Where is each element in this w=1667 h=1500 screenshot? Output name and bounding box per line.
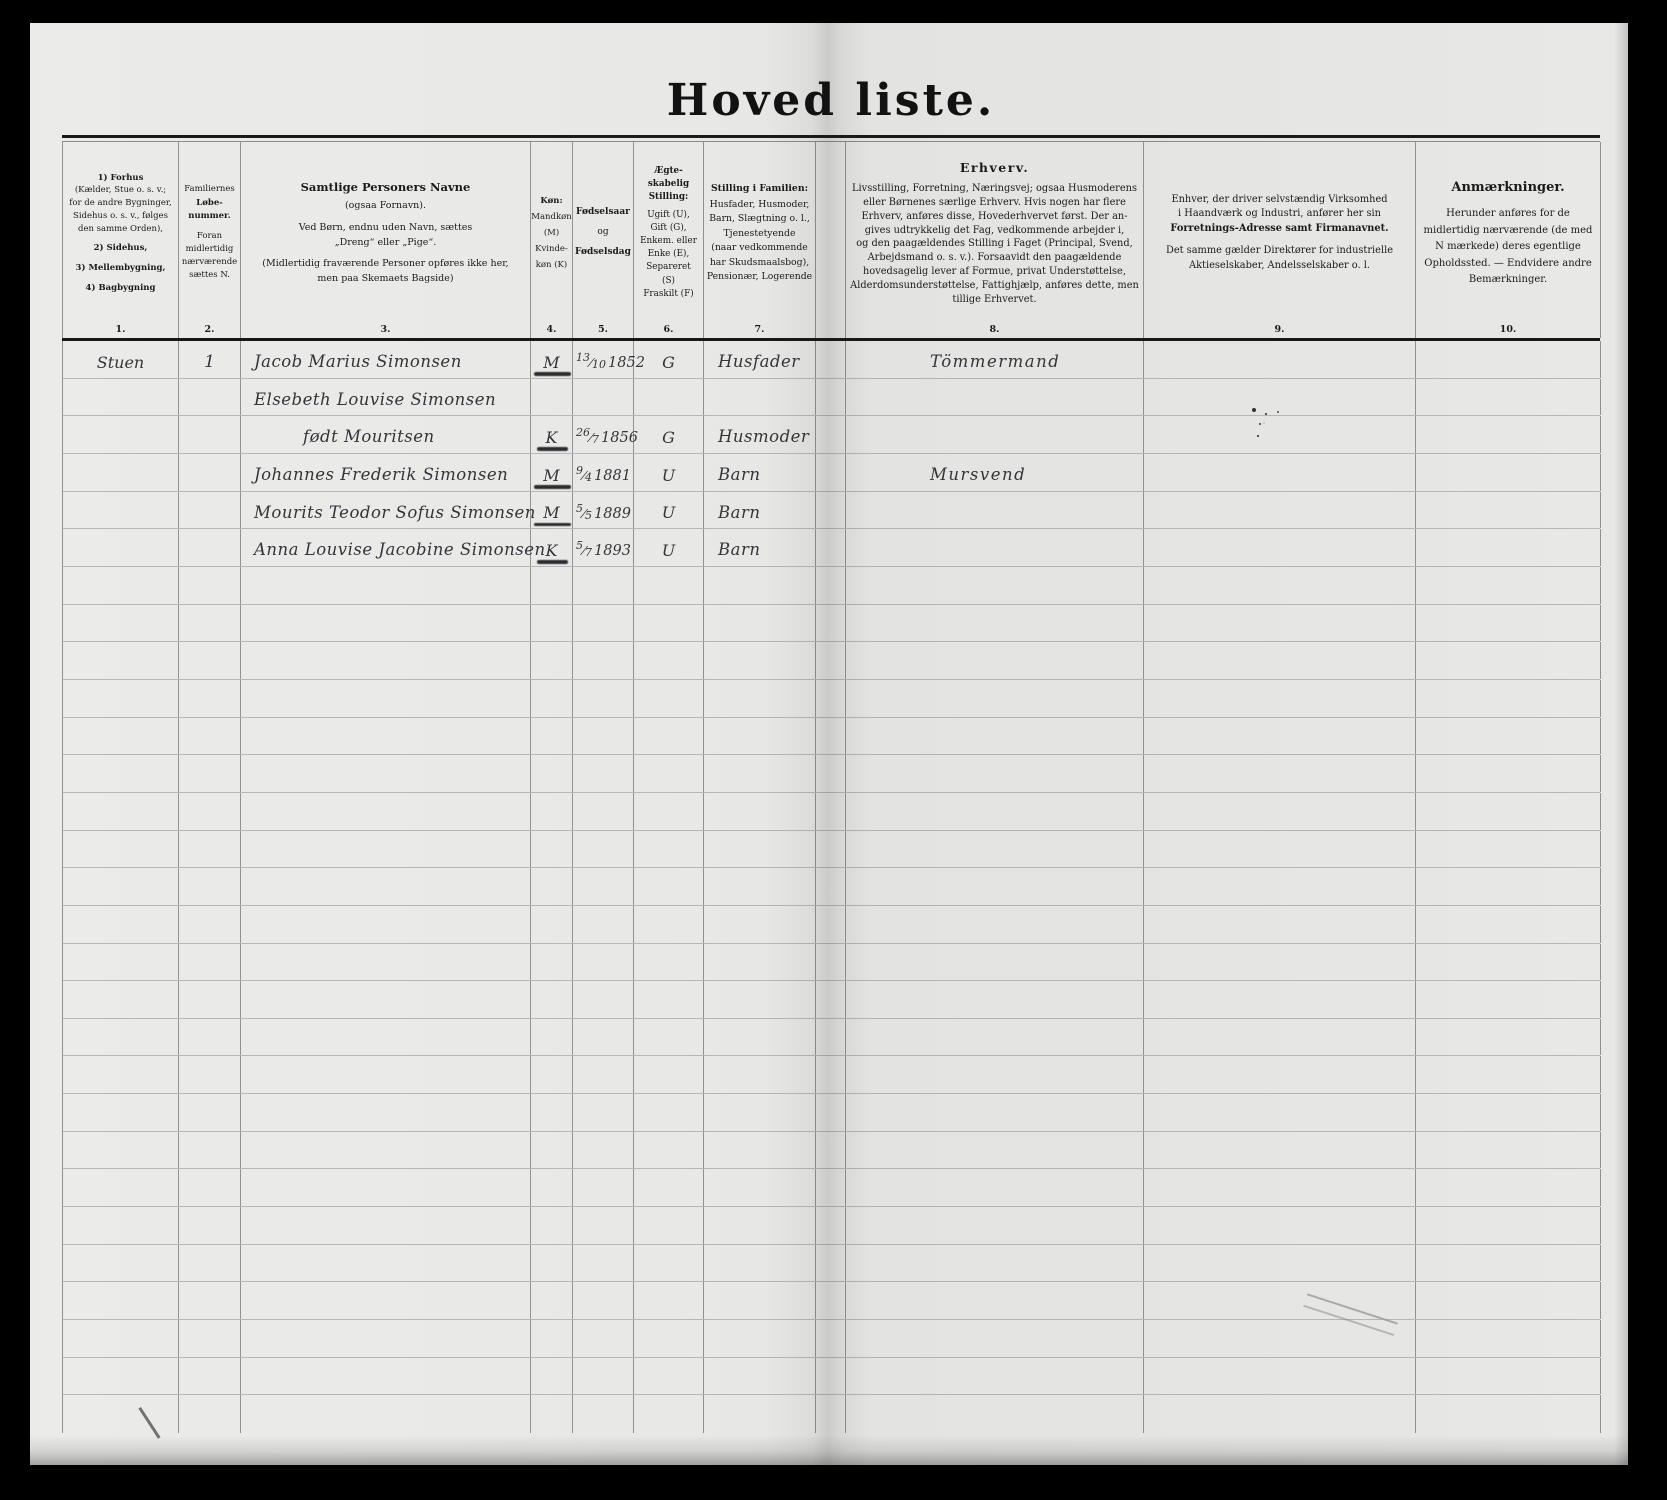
cell-occupation: Mursvend [846,454,1144,491]
handwritten-sex: M [543,468,559,491]
column-number: 7. [704,324,815,335]
cell-occupation [846,1019,1144,1056]
cell-birth [573,379,634,416]
page-fold [816,906,846,943]
cell-sex: K [531,416,573,453]
header-line: 1) Forhus [98,172,144,185]
cell-name [241,793,531,830]
column-number: 8. [846,324,1143,335]
cell-sex [531,944,573,981]
table-row: Johannes Frederik SimonsenM9⁄41881UBarnM… [63,454,1600,492]
cell-family_position [704,1395,816,1433]
cell-business [1144,416,1416,453]
column-number: 9. [1144,324,1415,335]
header-line: sættes N. [189,269,230,282]
cell-occupation: Tömmermand [846,341,1144,378]
header-line: Enke (E), [648,248,690,261]
table-row [63,1320,1600,1358]
cell-occupation [846,379,1144,416]
birth-day: 13 [576,351,590,364]
cell-family_position [704,1056,816,1093]
cell-occupation [846,492,1144,529]
header-line: Anmærkninger. [1451,177,1564,198]
header-line: Husfader, Husmoder, [710,198,810,212]
cell-sex [531,642,573,679]
cell-birth [573,680,634,717]
cell-family_position [704,1320,816,1357]
page-title: Hoved liste. [62,75,1600,126]
cell-location [63,1358,179,1395]
handwritten-sex: K [546,543,558,566]
header-line: Stilling i Familien: [711,182,808,196]
cell-business [1144,1169,1416,1206]
cell-business [1144,1395,1416,1433]
cell-marital [634,1358,704,1395]
page-fold [816,379,846,416]
cell-sex: M [531,341,573,378]
cell-birth: 5⁄51889 [573,492,634,529]
table-row [63,793,1600,831]
cell-name [241,1169,531,1206]
cell-remarks [1416,454,1601,491]
cell-name [241,718,531,755]
header-line: Herunder anføres for de [1446,206,1570,223]
cell-business [1144,529,1416,566]
cell-birth [573,567,634,604]
cell-location [63,642,179,679]
cell-marital [634,1245,704,1282]
cell-birth: 26⁄71856 [573,416,634,453]
cell-marital [634,831,704,868]
header-line: Enkem. eller [640,235,697,248]
cell-name: Elsebeth Louvise Simonsen [241,379,531,416]
cell-sex: K [531,529,573,566]
cell-marital [634,1169,704,1206]
cell-business [1144,1056,1416,1093]
cell-location [63,454,179,491]
cell-location [63,1132,179,1169]
cell-sex: M [531,492,573,529]
cell-marital [634,605,704,642]
page-fold [816,492,846,529]
cell-family_position: Husmoder [704,416,816,453]
cell-birth [573,755,634,792]
header-line: Mandkøn [531,209,571,225]
cell-family_no [179,1019,241,1056]
cell-name [241,1245,531,1282]
cell-remarks [1416,642,1601,679]
cell-remarks [1416,680,1601,717]
handwritten-sex: K [546,430,558,453]
handwritten-marital: U [662,468,675,491]
cell-sex [531,567,573,604]
handwritten-location: Stuen [97,355,144,378]
birth-day: 5 [576,539,583,552]
cell-family_no [179,906,241,943]
table-row [63,831,1600,869]
cell-name [241,1320,531,1357]
header-line: 2) Sidehus, [94,242,148,255]
cell-remarks [1416,605,1601,642]
cell-occupation [846,1320,1144,1357]
cell-occupation [846,567,1144,604]
cell-family_no [179,605,241,642]
page-fold [816,1395,846,1433]
page-fold [816,793,846,830]
table-row: Mourits Teodor Sofus SimonsenM5⁄51889UBa… [63,492,1600,530]
column-number: 1. [63,324,178,335]
cell-birth [573,1056,634,1093]
cell-remarks [1416,1132,1601,1169]
cell-remarks [1416,906,1601,943]
cell-marital [634,680,704,717]
cell-birth [573,1245,634,1282]
cell-remarks [1416,529,1601,566]
cell-marital [634,755,704,792]
birth-month: 7 [592,433,599,446]
cell-business [1144,1132,1416,1169]
column-header-occupation: Erhverv.Livsstilling, Forretning, Næring… [846,142,1144,338]
page-fold [816,1245,846,1282]
header-line: men paa Skemaets Bagside) [317,272,453,287]
cell-business [1144,981,1416,1018]
header-line: Foran [197,230,222,243]
column-number: 4. [531,324,572,335]
cell-family_position [704,642,816,679]
birth-month: 7 [585,546,592,559]
cell-marital [634,906,704,943]
page-fold [816,567,846,604]
header-line: (M) [544,225,559,241]
cell-occupation [846,1282,1144,1319]
birth-day: 5 [576,502,583,515]
header-line: Enhver, der driver selvstændig Virksomhe… [1171,193,1387,208]
table-row [63,906,1600,944]
cell-birth [573,1207,634,1244]
header-line: Alderdomsunderstøttelse, Fattighjælp, an… [850,279,1139,293]
cell-birth [573,605,634,642]
cell-location [63,755,179,792]
cell-business [1144,379,1416,416]
cell-location [63,906,179,943]
handwritten-birth: 5⁄71893 [573,540,631,566]
cell-remarks [1416,1094,1601,1131]
header-line: nærværende [182,256,237,269]
header-line: for de andre Bygninger, [69,197,171,210]
cell-sex [531,831,573,868]
cell-location [63,492,179,529]
header-line: Samtlige Personers Navne [301,179,471,197]
cell-occupation [846,1169,1144,1206]
cell-location [63,379,179,416]
cell-location [63,1169,179,1206]
cell-remarks [1416,1245,1601,1282]
cell-marital [634,1395,704,1433]
header-line: og [597,223,608,243]
header-line: Erhverv. [960,159,1029,177]
cell-family_position [704,1245,816,1282]
cell-business [1144,1282,1416,1319]
handwritten-marital: U [662,505,675,528]
column-header-location: 1) Forhus(Kælder, Stue o. s. v.;for de a… [63,142,179,338]
cell-marital [634,981,704,1018]
table-row [63,1358,1600,1396]
cell-location [63,1094,179,1131]
cell-business [1144,341,1416,378]
birth-year: 1881 [594,468,631,484]
cell-remarks [1416,981,1601,1018]
cell-family_no [179,1132,241,1169]
header-line: Familiernes [184,183,235,196]
cell-location [63,831,179,868]
header-line: (ogsaa Fornavn). [345,199,426,214]
table-row [63,755,1600,793]
cell-family_position [704,793,816,830]
cell-business [1144,492,1416,529]
handwritten-name: født Mouritsen [241,429,435,453]
cell-marital [634,1320,704,1357]
page-fold [816,944,846,981]
cell-name [241,1132,531,1169]
header-line: nummer. [188,210,230,223]
header-line: 4) Bagbygning [86,282,156,295]
page-fold [816,1169,846,1206]
cell-birth [573,944,634,981]
cell-business [1144,454,1416,491]
cell-family_no [179,981,241,1018]
table-row [63,1019,1600,1057]
cell-business [1144,1358,1416,1395]
cell-business [1144,605,1416,642]
cell-marital [634,1056,704,1093]
handwritten-name: Elsebeth Louvise Simonsen [241,392,496,416]
header-line: Køn: [540,193,562,209]
cell-location [63,1245,179,1282]
cell-birth [573,1395,634,1433]
table-row: Anna Louvise Jacobine SimonsenK5⁄71893UB… [63,529,1600,567]
page-fold [816,1132,846,1169]
header-line: Ved Børn, endnu uden Navn, sættes [299,221,473,236]
cell-remarks [1416,1358,1601,1395]
handwritten-family_position: Husmoder [704,429,809,453]
cell-business [1144,1245,1416,1282]
handwritten-family_position: Barn [704,467,760,491]
cell-business [1144,906,1416,943]
page-fold [816,454,846,491]
header-line: Livsstilling, Forretning, Næringsvej; og… [852,182,1137,196]
page-fold [816,605,846,642]
handwritten-marital: G [662,430,675,453]
cell-name: Johannes Frederik Simonsen [241,454,531,491]
cell-name [241,1207,531,1244]
cell-family_position [704,1094,816,1131]
cell-marital: U [634,529,704,566]
header-line: N mærkede) deres egentlige [1435,239,1581,256]
cell-family_position [704,379,816,416]
cell-marital: U [634,492,704,529]
page-fold [816,1207,846,1244]
header-line: Fødselsdag [575,243,631,263]
cell-sex [531,1358,573,1395]
cell-family_no [179,831,241,868]
cell-sex [531,868,573,905]
handwritten-name: Johannes Frederik Simonsen [241,467,508,491]
cell-birth [573,1169,634,1206]
birth-year: 1893 [594,543,631,559]
header-line: Stilling: [649,191,689,204]
header-line: Forretnings-Adresse samt Firmanavnet. [1170,222,1388,237]
cell-occupation [846,831,1144,868]
handwritten-family_position: Barn [704,542,760,566]
cell-family_position: Husfader [704,341,816,378]
cell-family_position [704,831,816,868]
cell-sex [531,680,573,717]
header-line: Aktieselskaber, Andelsselskaber o. l. [1189,259,1370,274]
cell-family_no [179,793,241,830]
cell-family_position [704,1358,816,1395]
cell-location [63,529,179,566]
cell-family_no: 1 [179,341,241,378]
cell-marital [634,567,704,604]
cell-occupation [846,1207,1144,1244]
cell-location [63,981,179,1018]
handwritten-marital: G [662,355,675,378]
header-line: Gift (G), [650,222,686,235]
cell-business [1144,793,1416,830]
cell-family_no [179,379,241,416]
page-fold [816,341,846,378]
cell-occupation [846,1395,1144,1433]
page-fold [816,1056,846,1093]
birth-month: 5 [585,509,592,522]
cell-family_position [704,944,816,981]
cell-family_no [179,1282,241,1319]
cell-birth [573,906,634,943]
column-number: 5. [573,324,633,335]
cell-sex [531,755,573,792]
header-line: Erhverv, anføres disse, Hovederhvervet f… [861,210,1127,224]
cell-sex [531,1132,573,1169]
cell-location [63,1019,179,1056]
cell-family_no [179,454,241,491]
table-row [63,1094,1600,1132]
cell-location: Stuen [63,341,179,378]
page-fold [816,1282,846,1319]
cell-business [1144,1019,1416,1056]
table-body: Stuen1Jacob Marius SimonsenM13⁄101852GHu… [62,341,1600,1433]
page-fold [816,1094,846,1131]
cell-remarks [1416,379,1601,416]
cell-sex [531,1395,573,1433]
cell-sex: M [531,454,573,491]
handwritten-occupation: Tömmermand [846,354,1060,378]
birth-month: 4 [585,471,592,484]
table-row: født MouritsenK26⁄71856GHusmoder [63,416,1600,454]
page-fold [816,416,846,453]
cell-business [1144,680,1416,717]
header-line: gives udtrykkelig det Fag, vedkommende a… [865,224,1125,238]
cell-remarks [1416,831,1601,868]
cell-sex [531,1282,573,1319]
header-line: midlertidig [186,243,234,256]
cell-birth [573,718,634,755]
birth-year: 1856 [601,430,638,446]
table-row [63,1245,1600,1283]
column-header-remarks: Anmærkninger.Herunder anføres for demidl… [1416,142,1601,338]
cell-name: Mourits Teodor Sofus Simonsen [241,492,531,529]
header-line: Sidehus o. s. v., følges [73,210,168,223]
cell-name [241,1019,531,1056]
cell-remarks [1416,1395,1601,1433]
cell-birth [573,1282,634,1319]
page-fold [816,1320,846,1357]
cell-family_position [704,868,816,905]
cell-sex [531,379,573,416]
cell-location [63,1320,179,1357]
header-line: Pensionær, Logerende [707,270,812,284]
handwritten-name: Jacob Marius Simonsen [241,354,462,378]
cell-family_no [179,529,241,566]
cell-family_no [179,1169,241,1206]
header-line: Bemærkninger. [1469,272,1547,289]
handwritten-birth: 26⁄71856 [573,427,638,453]
page-fold [816,868,846,905]
header-line: Fraskilt (F) [643,288,693,301]
cell-family_position [704,1207,816,1244]
cell-location [63,1207,179,1244]
cell-sex [531,605,573,642]
cell-family_no [179,567,241,604]
scan-background: Hoved liste. 1) Forhus(Kælder, Stue o. s… [0,0,1667,1500]
cell-location [63,1395,179,1433]
page-fold [816,1019,846,1056]
header-line: Kvinde- [535,241,568,257]
cell-marital [634,718,704,755]
cell-family_position [704,1132,816,1169]
cell-occupation [846,1358,1144,1395]
cell-occupation [846,416,1144,453]
cell-remarks [1416,1207,1601,1244]
page-fold [816,142,846,338]
birth-year: 1889 [594,506,631,522]
cell-family_no [179,1358,241,1395]
header-line: køn (K) [536,257,567,273]
top-rule [62,135,1600,142]
column-number: 10. [1416,324,1600,335]
cell-family_no [179,680,241,717]
table-row: Stuen1Jacob Marius SimonsenM13⁄101852GHu… [63,341,1600,379]
cell-family_position [704,718,816,755]
column-header-name: Samtlige Personers Navne(ogsaa Fornavn).… [241,142,531,338]
table-row [63,1395,1600,1433]
cell-birth [573,1132,634,1169]
cell-marital [634,1019,704,1056]
cell-family_position [704,567,816,604]
handwritten-name: Mourits Teodor Sofus Simonsen [241,505,536,529]
header-line: Separeret [646,261,690,274]
cell-location [63,1282,179,1319]
cell-family_no [179,1094,241,1131]
cell-name: Jacob Marius Simonsen [241,341,531,378]
header-line: Tjenestetyende [723,227,795,241]
cell-sex [531,1245,573,1282]
column-header-family_no: FamiliernesLøbe-nummer.Foranmidlertidign… [179,142,241,338]
cell-marital [634,944,704,981]
cell-occupation [846,868,1144,905]
cell-marital [634,642,704,679]
cell-name [241,567,531,604]
birth-day: 26 [576,426,590,439]
